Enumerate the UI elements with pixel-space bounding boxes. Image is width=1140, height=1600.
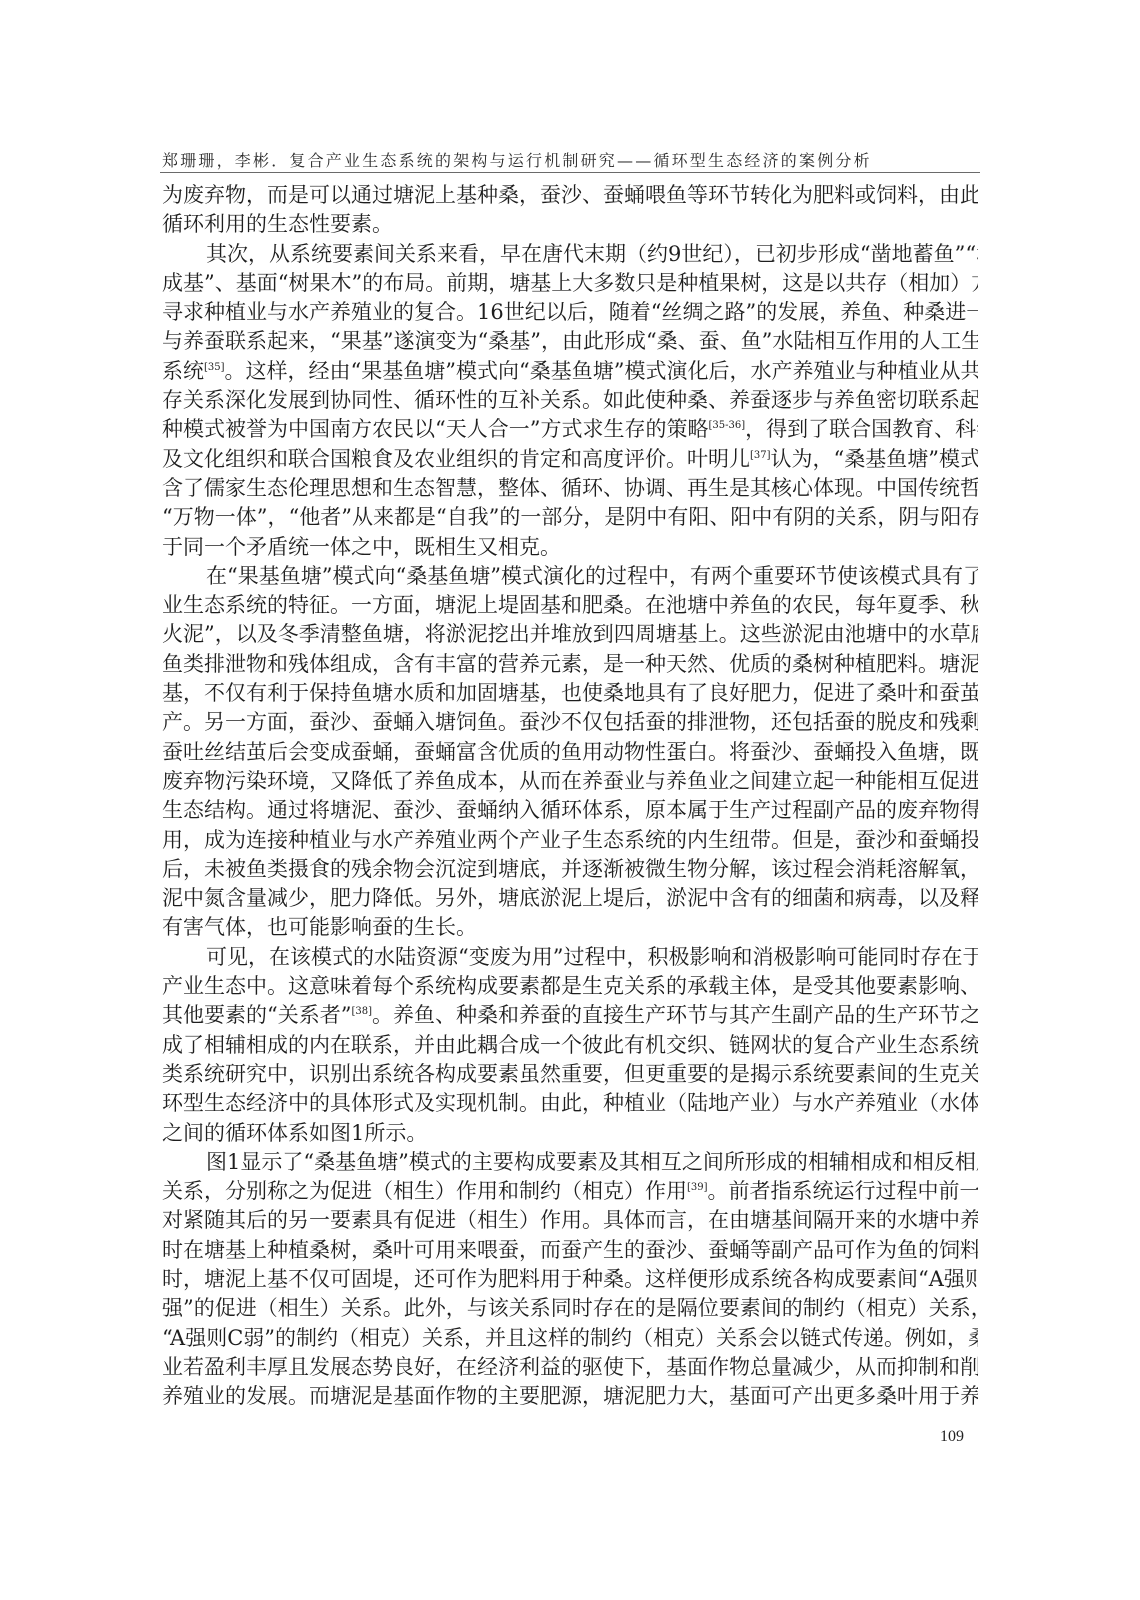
- text-line: 关系，分别称之为促进（相生）作用和制约（相克）作用[39]。前者指系统运行过程中…: [162, 1177, 978, 1206]
- header-rule: [160, 172, 980, 173]
- text-line: 生态结构。通过将塘泥、蚕沙、蚕蛹纳入循环体系，原本属于生产过程副产品的废弃物得以…: [162, 796, 978, 825]
- text-line: 养殖业的发展。而塘泥是基面作物的主要肥源，塘泥肥力大，基面可产出更多桑叶用于养蚕…: [162, 1382, 978, 1411]
- text-line: 其次，从系统要素间关系来看，早在唐代末期（约9世纪），已初步形成“凿地蓄鱼”“堆…: [162, 240, 978, 269]
- text-line: 与养蚕联系起来，“果基”遂演变为“桑基”，由此形成“桑、蚕、鱼”水陆相互作用的人…: [162, 327, 978, 356]
- text-line: 系统[35]。这样，经由“果基鱼塘”模式向“桑基鱼塘”模式演化后，水产养殖业与种…: [162, 357, 978, 386]
- text-line: 时在塘基上种植桑树，桑叶可用来喂蚕，而蚕产生的蚕沙、蚕蛹等副产品可作为鱼的饲料。…: [162, 1236, 978, 1265]
- text-line: “A强则C弱”的制约（相克）关系，并且这样的制约（相克）关系会以链式传递。例如，…: [162, 1324, 978, 1353]
- text-line: 有害气体，也可能影响蚕的生长。: [162, 913, 978, 942]
- text-line: 对紧随其后的另一要素具有促进（相生）作用。具体而言，在由塘基间隔开来的水塘中养鱼…: [162, 1206, 978, 1235]
- text-line: 种模式被誉为中国南方农民以“天人合一”方式求生存的策略[35-36]，得到了联合…: [162, 415, 978, 444]
- text-line: 时，塘泥上基不仅可固堤，还可作为肥料用于种桑。这样便形成系统各构成要素间“A强则…: [162, 1265, 978, 1294]
- text-line: 含了儒家生态伦理思想和生态智慧，整体、循环、协调、再生是其核心体现。中国传统哲学…: [162, 474, 978, 503]
- text-line: 后，未被鱼类摄食的残余物会沉淀到塘底，并逐渐被微生物分解，该过程会消耗溶解氧，导…: [162, 855, 978, 884]
- text-line: 成基”、基面“树果木”的布局。前期，塘基上大多数只是种植果树，这是以共存（相加）…: [162, 269, 978, 298]
- text-line: 其他要素的“关系者”[38]。养鱼、种桑和养蚕的直接生产环节与其产生副产品的生产…: [162, 1001, 978, 1030]
- text-line: 产业生态中。这意味着每个系统构成要素都是生克关系的承载主体，是受其他要素影响、也…: [162, 972, 978, 1001]
- text-line: 废弃物污染环境，又降低了养鱼成本，从而在养蚕业与养鱼业之间建立起一种能相互促进的…: [162, 767, 978, 796]
- text-line: 存关系深化发展到协同性、循环性的互补关系。如此使种桑、养蚕逐步与养鱼密切联系起来…: [162, 386, 978, 415]
- citation: [38]: [351, 1006, 372, 1017]
- text-line: 鱼类排泄物和残体组成，含有丰富的营养元素，是一种天然、优质的桑树种植肥料。塘泥回…: [162, 650, 978, 679]
- citation: [35-36]: [708, 420, 745, 431]
- text-line: 基，不仅有利于保持鱼塘水质和加固塘基，也使桑地具有了良好肥力，促进了桑叶和蚕茧的…: [162, 679, 978, 708]
- text-line: 之间的循环体系如图1所示。: [162, 1119, 978, 1148]
- text-line: 火泥”，以及冬季清整鱼塘，将淤泥挖出并堆放到四周塘基上。这些淤泥由池塘中的水草腐…: [162, 620, 978, 649]
- page-number: 109: [940, 1428, 964, 1446]
- text-line: 环型生态经济中的具体形式及实现机制。由此，种植业（陆地产业）与水产养殖业（水体产…: [162, 1089, 978, 1118]
- text-line: 泥中氮含量减少，肥力降低。另外，塘底淤泥上堤后，淤泥中含有的细菌和病毒，以及释放…: [162, 884, 978, 913]
- text-line: 为废弃物，而是可以通过塘泥上基种桑，蚕沙、蚕蛹喂鱼等环节转化为肥料或饲料，由此成…: [162, 181, 978, 210]
- text-line: 在“果基鱼塘”模式向“桑基鱼塘”模式演化的过程中，有两个重要环节使该模式具有了农: [162, 562, 978, 591]
- text-line: “万物一体”，“他者”从来都是“自我”的一部分，是阴中有阳、阳中有阴的关系，阴与…: [162, 503, 978, 532]
- text-line: 可见，在该模式的水陆资源“变废为用”过程中，积极影响和消极影响可能同时存在于复合: [162, 943, 978, 972]
- text-line: 蚕吐丝结茧后会变成蚕蛹，蚕蛹富含优质的鱼用动物性蛋白。将蚕沙、蚕蛹投入鱼塘，既避…: [162, 738, 978, 767]
- text-line: 业生态系统的特征。一方面，塘泥上堤固基和肥桑。在池塘中养鱼的农民，每年夏季、秋季…: [162, 591, 978, 620]
- citation: [35]: [204, 362, 225, 373]
- text-line: 产。另一方面，蚕沙、蚕蛹入塘饲鱼。蚕沙不仅包括蚕的排泄物，还包括蚕的脱皮和残剩桑…: [162, 708, 978, 737]
- text-line: 图1显示了“桑基鱼塘”模式的主要构成要素及其相互之间所形成的相辅相成和相反相成的: [162, 1148, 978, 1177]
- citation: [37]: [750, 450, 771, 461]
- text-line: 成了相辅相成的内在联系，并由此耦合成一个彼此有机交织、链网状的复合产业生态系统。…: [162, 1031, 978, 1060]
- running-head: 郑珊珊，李彬．复合产业生态系统的架构与运行机制研究——循环型生态经济的案例分析: [162, 148, 978, 171]
- text-line: 寻求种植业与水产养殖业的复合。16世纪以后，随着“丝绸之路”的发展，养鱼、种桑进…: [162, 298, 978, 327]
- text-line: 强”的促进（相生）关系。此外，与该关系同时存在的是隔位要素间的制约（相克）关系，…: [162, 1294, 978, 1323]
- text-line: 类系统研究中，识别出系统各构成要素虽然重要，但更重要的是揭示系统要素间的生克关系…: [162, 1060, 978, 1089]
- body-text: 为废弃物，而是可以通过塘泥上基种桑，蚕沙、蚕蛹喂鱼等环节转化为肥料或饲料，由此成…: [162, 181, 978, 1411]
- text-line: 及文化组织和联合国粮食及农业组织的肯定和高度评价。叶明儿[37]认为，“桑基鱼塘…: [162, 445, 978, 474]
- citation: [39]: [687, 1182, 708, 1193]
- text-line: 循环利用的生态性要素。: [162, 210, 978, 239]
- text-line: 用，成为连接种植业与水产养殖业两个产业子生态系统的内生纽带。但是，蚕沙和蚕蛹投入…: [162, 826, 978, 855]
- text-line: 于同一个矛盾统一体之中，既相生又相克。: [162, 533, 978, 562]
- text-line: 业若盈利丰厚且发展态势良好，在经济利益的驱使下，基面作物总量减少，从而抑制和削弱…: [162, 1353, 978, 1382]
